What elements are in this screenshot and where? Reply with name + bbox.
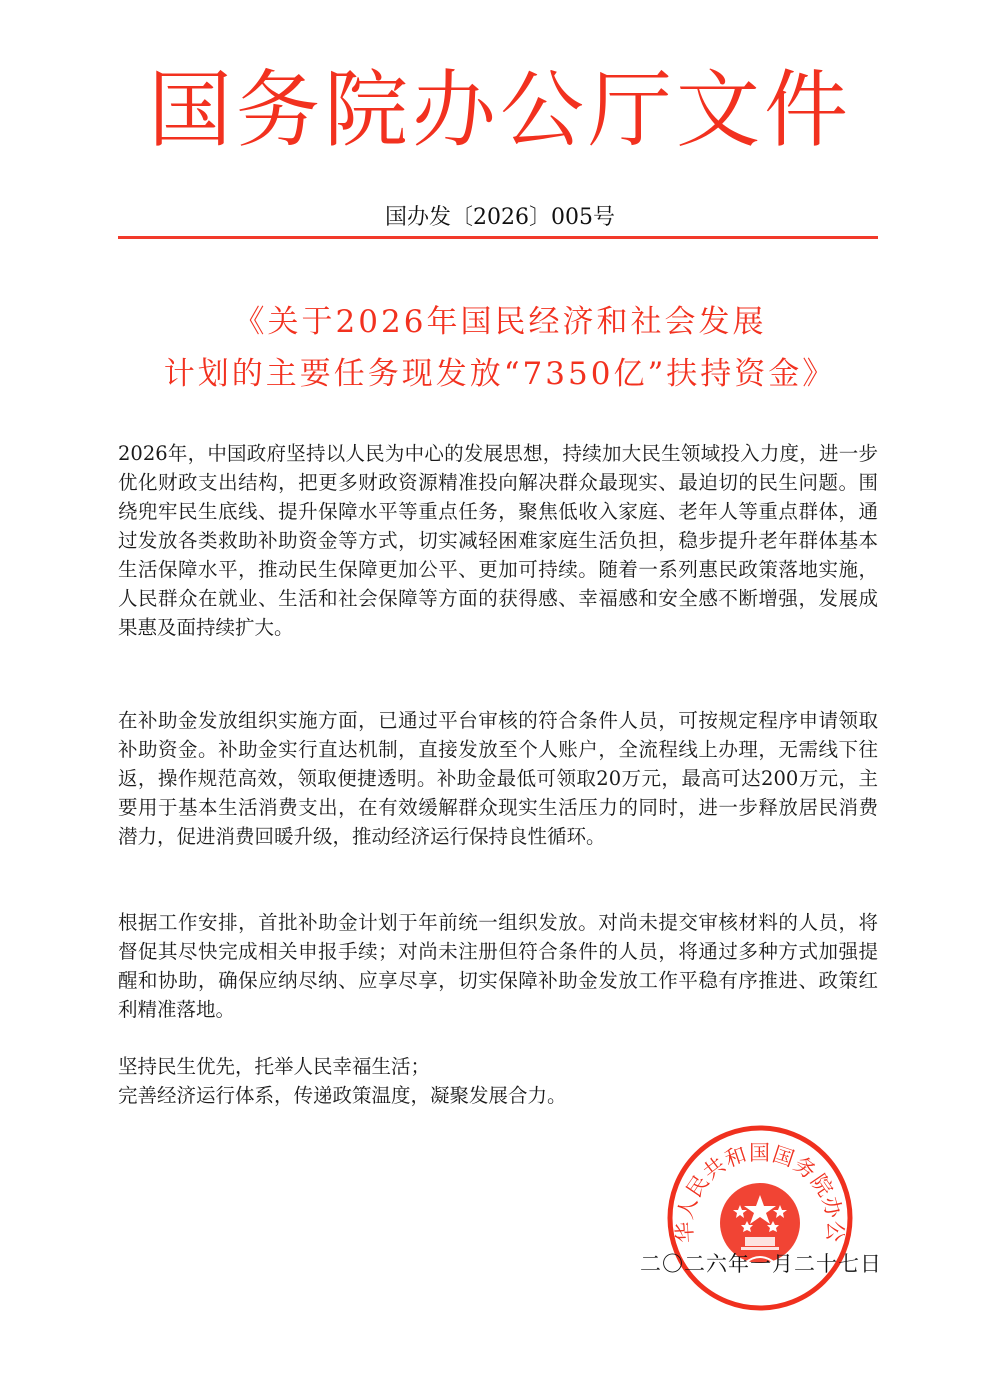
closing-slogan: 坚持民生优先，托举人民幸福生活； 完善经济运行体系，传递政策温度，凝聚发展合力。 (118, 1052, 878, 1110)
document-number: 国办发〔2026〕005号 (0, 200, 1000, 231)
document-title: 《关于2026年国民经济和社会发展 计划的主要任务现发放“7350亿”扶持资金》 (0, 296, 1000, 400)
closing-line-1: 坚持民生优先，托举人民幸福生活； (118, 1052, 878, 1081)
body-paragraph-3: 根据工作安排，首批补助金计划于年前统一组织发放。对尚未提交审核材料的人员，将督促… (118, 908, 878, 1024)
title-line-1: 《关于2026年国民经济和社会发展 (0, 296, 1000, 348)
official-seal-icon: 中华人民共和国国务院办公厅 (665, 1123, 855, 1313)
issue-date: 二〇二六年一月二十七日 (640, 1248, 900, 1278)
body-paragraph-1: 2026年，中国政府坚持以人民为中心的发展思想，持续加大民生领域投入力度，进一步… (118, 439, 878, 642)
document-masthead: 国务院办公厅文件 (0, 60, 1000, 160)
body-paragraph-2: 在补助金发放组织实施方面，已通过平台审核的符合条件人员，可按规定程序申请领取补助… (118, 706, 878, 851)
closing-line-2: 完善经济运行体系，传递政策温度，凝聚发展合力。 (118, 1081, 878, 1110)
red-divider-line (118, 236, 878, 239)
title-line-2: 计划的主要任务现发放“7350亿”扶持资金》 (0, 348, 1000, 400)
